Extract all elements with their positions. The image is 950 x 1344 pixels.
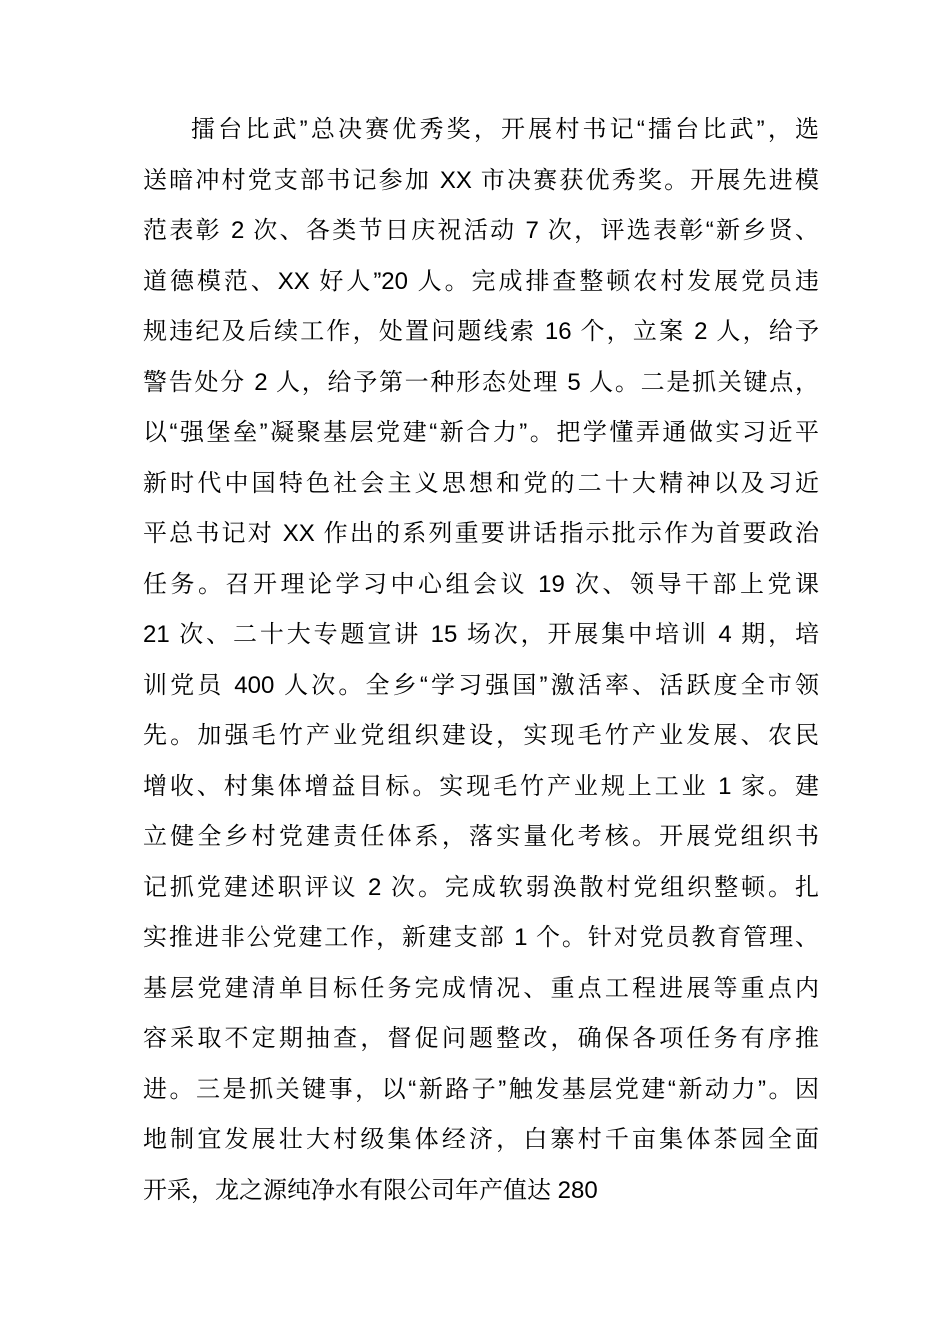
text-line: 任务。召开理论学习中心组会议 19 次、领导干部上党课 bbox=[143, 560, 819, 611]
text-line: 增收、村集体增益目标。实现毛竹产业规上工业 1 家。建 bbox=[143, 762, 819, 813]
text-line: 21 次、二十大专题宣讲 15 场次，开展集中培训 4 期，培 bbox=[143, 610, 819, 661]
text-line: 规违纪及后续工作，处置问题线索 16 个，立案 2 人，给予 bbox=[143, 307, 819, 358]
text-line: 记抓党建述职评议 2 次。完成软弱涣散村党组织整顿。扎 bbox=[143, 863, 819, 914]
document-page: 擂台比武”总决赛优秀奖，开展村书记“擂台比武”，选 送暗冲村党支部书记参加 XX… bbox=[0, 0, 950, 1344]
text-line: 警告处分 2 人，给予第一种形态处理 5 人。二是抓关键点， bbox=[143, 358, 819, 409]
text-line: 送暗冲村党支部书记参加 XX 市决赛获优秀奖。开展先进模 bbox=[143, 156, 819, 207]
text-line: 擂台比武”总决赛优秀奖，开展村书记“擂台比武”，选 bbox=[143, 105, 819, 156]
text-line: 立健全乡村党建责任体系，落实量化考核。开展党组织书 bbox=[143, 812, 819, 863]
text-line: 进。三是抓关键事，以“新路子”触发基层党建“新动力”。因 bbox=[143, 1065, 819, 1116]
text-line: 容采取不定期抽查，督促问题整改，确保各项任务有序推 bbox=[143, 1014, 819, 1065]
text-line: 开采，龙之源纯净水有限公司年产值达 280 bbox=[143, 1166, 819, 1217]
text-line: 范表彰 2 次、各类节日庆祝活动 7 次，评选表彰“新乡贤、 bbox=[143, 206, 819, 257]
text-line: 道德模范、XX 好人”20 人。完成排查整顿农村发展党员违 bbox=[143, 257, 819, 308]
text-line: 训党员 400 人次。全乡“学习强国”激活率、活跃度全市领 bbox=[143, 661, 819, 712]
text-line: 以“强堡垒”凝聚基层党建“新合力”。把学懂弄通做实习近平 bbox=[143, 408, 819, 459]
text-line: 平总书记对 XX 作出的系列重要讲话指示批示作为首要政治 bbox=[143, 509, 819, 560]
text-line: 新时代中国特色社会主义思想和党的二十大精神以及习近 bbox=[143, 459, 819, 510]
text-line: 先。加强毛竹产业党组织建设，实现毛竹产业发展、农民 bbox=[143, 711, 819, 762]
text-line: 基层党建清单目标任务完成情况、重点工程进展等重点内 bbox=[143, 964, 819, 1015]
document-body: 擂台比武”总决赛优秀奖，开展村书记“擂台比武”，选 送暗冲村党支部书记参加 XX… bbox=[143, 105, 819, 1216]
text-line: 实推进非公党建工作，新建支部 1 个。针对党员教育管理、 bbox=[143, 913, 819, 964]
text-line: 地制宜发展壮大村级集体经济，白寨村千亩集体茶园全面 bbox=[143, 1115, 819, 1166]
